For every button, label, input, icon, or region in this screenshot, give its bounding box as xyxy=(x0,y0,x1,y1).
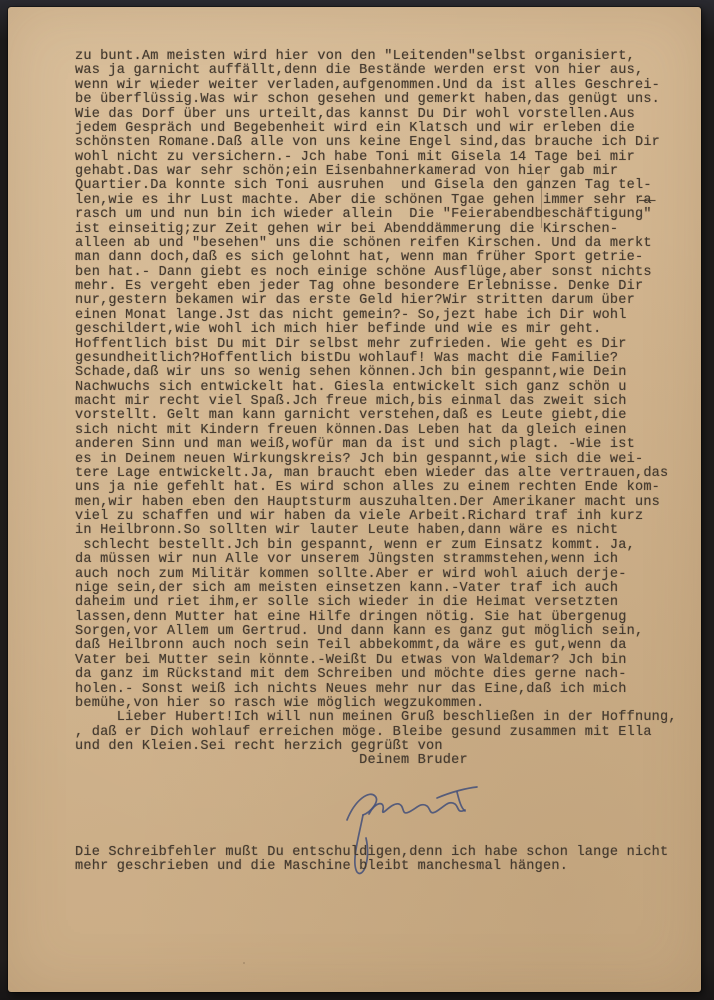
letter-line: Quartier.Da konnte sich Toni ausruhen un… xyxy=(75,179,685,193)
scanned-letter-background: zu bunt.Am meisten wird hier von den "Le… xyxy=(0,0,714,1000)
letter-line: holen.- Sonst weiß ich nichts Neues mehr… xyxy=(75,683,685,697)
letter-line: Nachwuchs sich entwickelt hat. Giesla en… xyxy=(75,381,685,395)
postscript-line: mehr geschrieben und die Maschine bleibt… xyxy=(75,860,695,874)
letter-line: schönsten Romane.Daß alle von uns keine … xyxy=(75,136,685,150)
letter-line: lassen,denn Mutter hat eine Hilfe dringe… xyxy=(75,611,685,625)
letter-line: daß Heilbronn auch noch sein Teil abbeko… xyxy=(75,639,685,653)
letter-line: wohl nicht zu versichern.- Jch habe Toni… xyxy=(75,151,685,165)
letter-line: es in Deinem neuen Wirkungskreis? Jch bi… xyxy=(75,453,685,467)
letter-line: nur,gestern bekamen wir das erste Geld h… xyxy=(75,294,685,308)
letter-line: Hoffentlich bist Du mit Dir selbst mehr … xyxy=(75,338,685,352)
letter-line: Deinem Bruder xyxy=(75,754,685,768)
letter-paper: zu bunt.Am meisten wird hier von den "Le… xyxy=(8,7,701,992)
letter-line: da müssen wir nun Alle vor unserem Jüngs… xyxy=(75,553,685,567)
letter-line: geschildert,wie wohl ich mich hier befin… xyxy=(75,323,685,337)
letter-line: wenn wir wieder weiter verladen,aufgenom… xyxy=(75,79,685,93)
letter-line: was ja garnicht auffällt,denn die Bestän… xyxy=(75,64,685,78)
letter-line: Wie das Dorf über uns urteilt,das kannst… xyxy=(75,108,685,122)
letter-line: Vater bei Mutter sein könnte.-Weißt Du e… xyxy=(75,654,685,668)
letter-line: be überflüssig.Was wir schon gesehen und… xyxy=(75,93,685,107)
letter-line: sich nicht mit Kindern freuen können.Das… xyxy=(75,424,685,438)
letter-line: daheim und riet ihm,er solle sich wieder… xyxy=(75,596,685,610)
letter-line: auch noch zum Militär kommen sollte.Aber… xyxy=(75,568,685,582)
letter-line: len,wie es ihr Lust machte. Aber die sch… xyxy=(75,194,685,208)
letter-line: man dann doch,daß es sich gelohnt hat, w… xyxy=(75,251,685,265)
letter-line: ist einseitig;zur Zeit gehen wir bei Abe… xyxy=(75,223,685,237)
letter-line: in Heilbronn.So sollten wir lauter Leute… xyxy=(75,524,685,538)
letter-line: ben hat.- Dann giebt es noch einige schö… xyxy=(75,266,685,280)
paper-speck xyxy=(243,962,245,964)
paper-crease xyxy=(541,172,542,228)
paper-speck xyxy=(156,87,159,90)
letter-line: Lieber Hubert!Ich will nun meinen Gruß b… xyxy=(75,711,685,725)
letter-line: vorstellt. Gelt man kann garnicht verste… xyxy=(75,409,685,423)
letter-line: einen Monat lange.Jst das nicht gemein?-… xyxy=(75,309,685,323)
letter-line: rasch um und nun bin ich wieder allein D… xyxy=(75,208,685,222)
postscript: Die Schreibfehler mußt Du entschuldigen,… xyxy=(75,846,695,875)
letter-line: , daß er Dich wohlauf erreichen möge. Bl… xyxy=(75,726,685,740)
letter-line: men,wir haben eben den Hauptsturm auszuh… xyxy=(75,496,685,510)
letter-line: anderen Sinn und man weiß,wofür man da i… xyxy=(75,438,685,452)
letter-line: schlecht bestellt.Jch bin gespannt, wenn… xyxy=(75,539,685,553)
letter-line: Schade,daß wir uns so wenig sehen können… xyxy=(75,366,685,380)
letter-body: zu bunt.Am meisten wird hier von den "Le… xyxy=(75,50,685,769)
letter-line: uns ja nie gefehlt hat. Es wird schon al… xyxy=(75,481,685,495)
letter-line: da ganz im Rückstand mit dem Schreiben u… xyxy=(75,668,685,682)
